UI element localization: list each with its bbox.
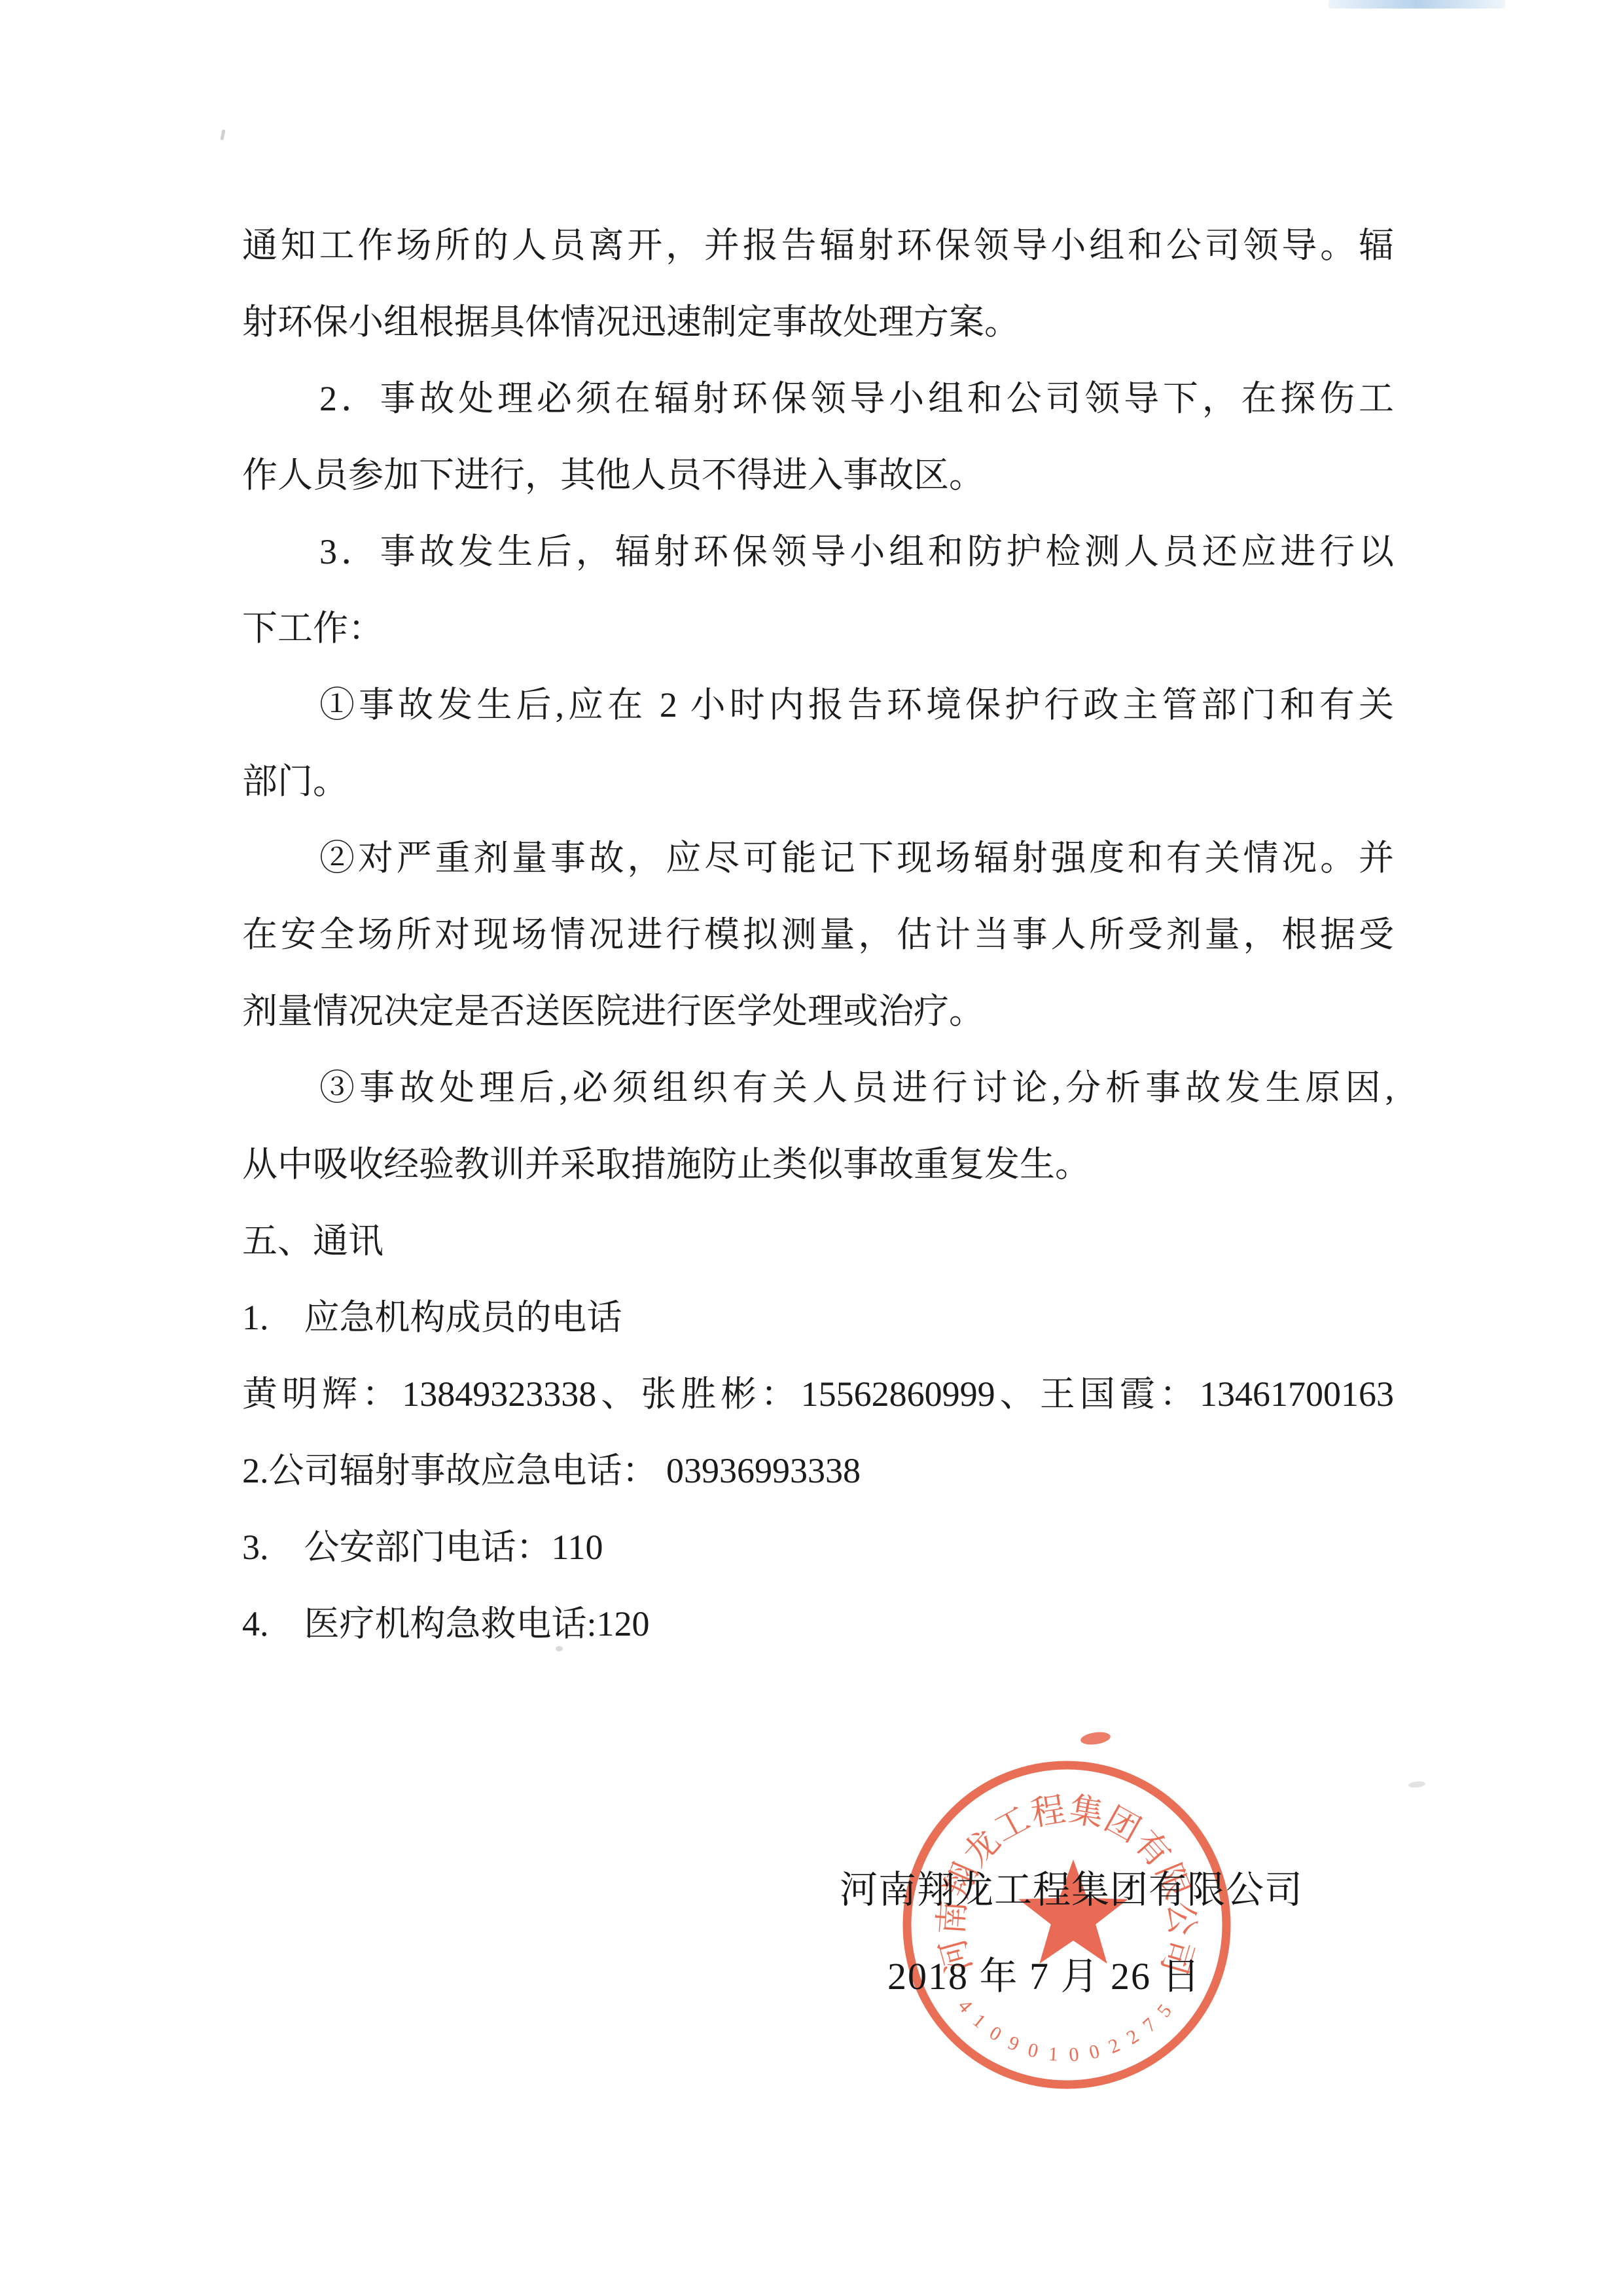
text-line: 2．事故处理必须在辐射环保领导小组和公司领导下，在探伤工: [242, 361, 1394, 437]
text-line: 部门。: [242, 744, 1394, 820]
document-body: 通知工作场所的人员离开，并报告辐射环保领导小组和公司领导。辐射环保小组根据具体情…: [242, 207, 1394, 1662]
text-line: 作人员参加下进行，其他人员不得进入事故区。: [242, 437, 1394, 514]
text-line: 下工作：: [242, 590, 1394, 667]
text-line: 剂量情况决定是否送医院进行医学处理或治疗。: [242, 973, 1394, 1050]
text-line: 4. 医疗机构急救电话:120: [242, 1586, 1394, 1662]
text-line: 从中吸收经验教训并采取措施防止类似事故重复发生。: [242, 1126, 1394, 1203]
signature-date: 2018 年 7 月 26 日: [887, 1945, 1202, 2000]
scan-speck: [220, 130, 225, 141]
scan-speck: [1408, 1781, 1426, 1789]
company-seal: 河南翔龙工程集团有限公司 4109010022758: [895, 1728, 1238, 2101]
seal-ink-blob: [1080, 1731, 1111, 1746]
text-line: ③事故处理后,必须组织有关人员进行讨论,分析事故发生原因,: [242, 1050, 1394, 1126]
text-line: ②对严重剂量事故，应尽可能记下现场辐射强度和有关情况。并: [242, 820, 1394, 897]
text-line: 通知工作场所的人员离开，并报告辐射环保领导小组和公司领导。辐: [242, 207, 1394, 284]
text-line: 2.公司辐射事故应急电话： 03936993338: [242, 1433, 1394, 1509]
document-page: 通知工作场所的人员离开，并报告辐射环保领导小组和公司领导。辐射环保小组根据具体情…: [0, 0, 1623, 2296]
text-line: 3. 公安部门电话：110: [242, 1509, 1394, 1586]
text-line: 射环保小组根据具体情况迅速制定事故处理方案。: [242, 284, 1394, 361]
text-line: 五、通讯: [242, 1203, 1394, 1280]
text-line: 在安全场所对现场情况进行模拟测量，估计当事人所受剂量，根据受: [242, 897, 1394, 973]
signature-company: 河南翔龙工程集团有限公司: [840, 1859, 1303, 1914]
text-line: 黄明辉：13849323338、张胜彬：15562860999、王国霞：1346…: [242, 1356, 1394, 1433]
text-line: ①事故发生后,应在 2 小时内报告环境保护行政主管部门和有关: [242, 667, 1394, 744]
text-line: 3．事故发生后，辐射环保领导小组和防护检测人员还应进行以: [242, 514, 1394, 590]
text-line: 1. 应急机构成员的电话: [242, 1280, 1394, 1356]
scan-artifact-top-right: [1329, 0, 1505, 9]
